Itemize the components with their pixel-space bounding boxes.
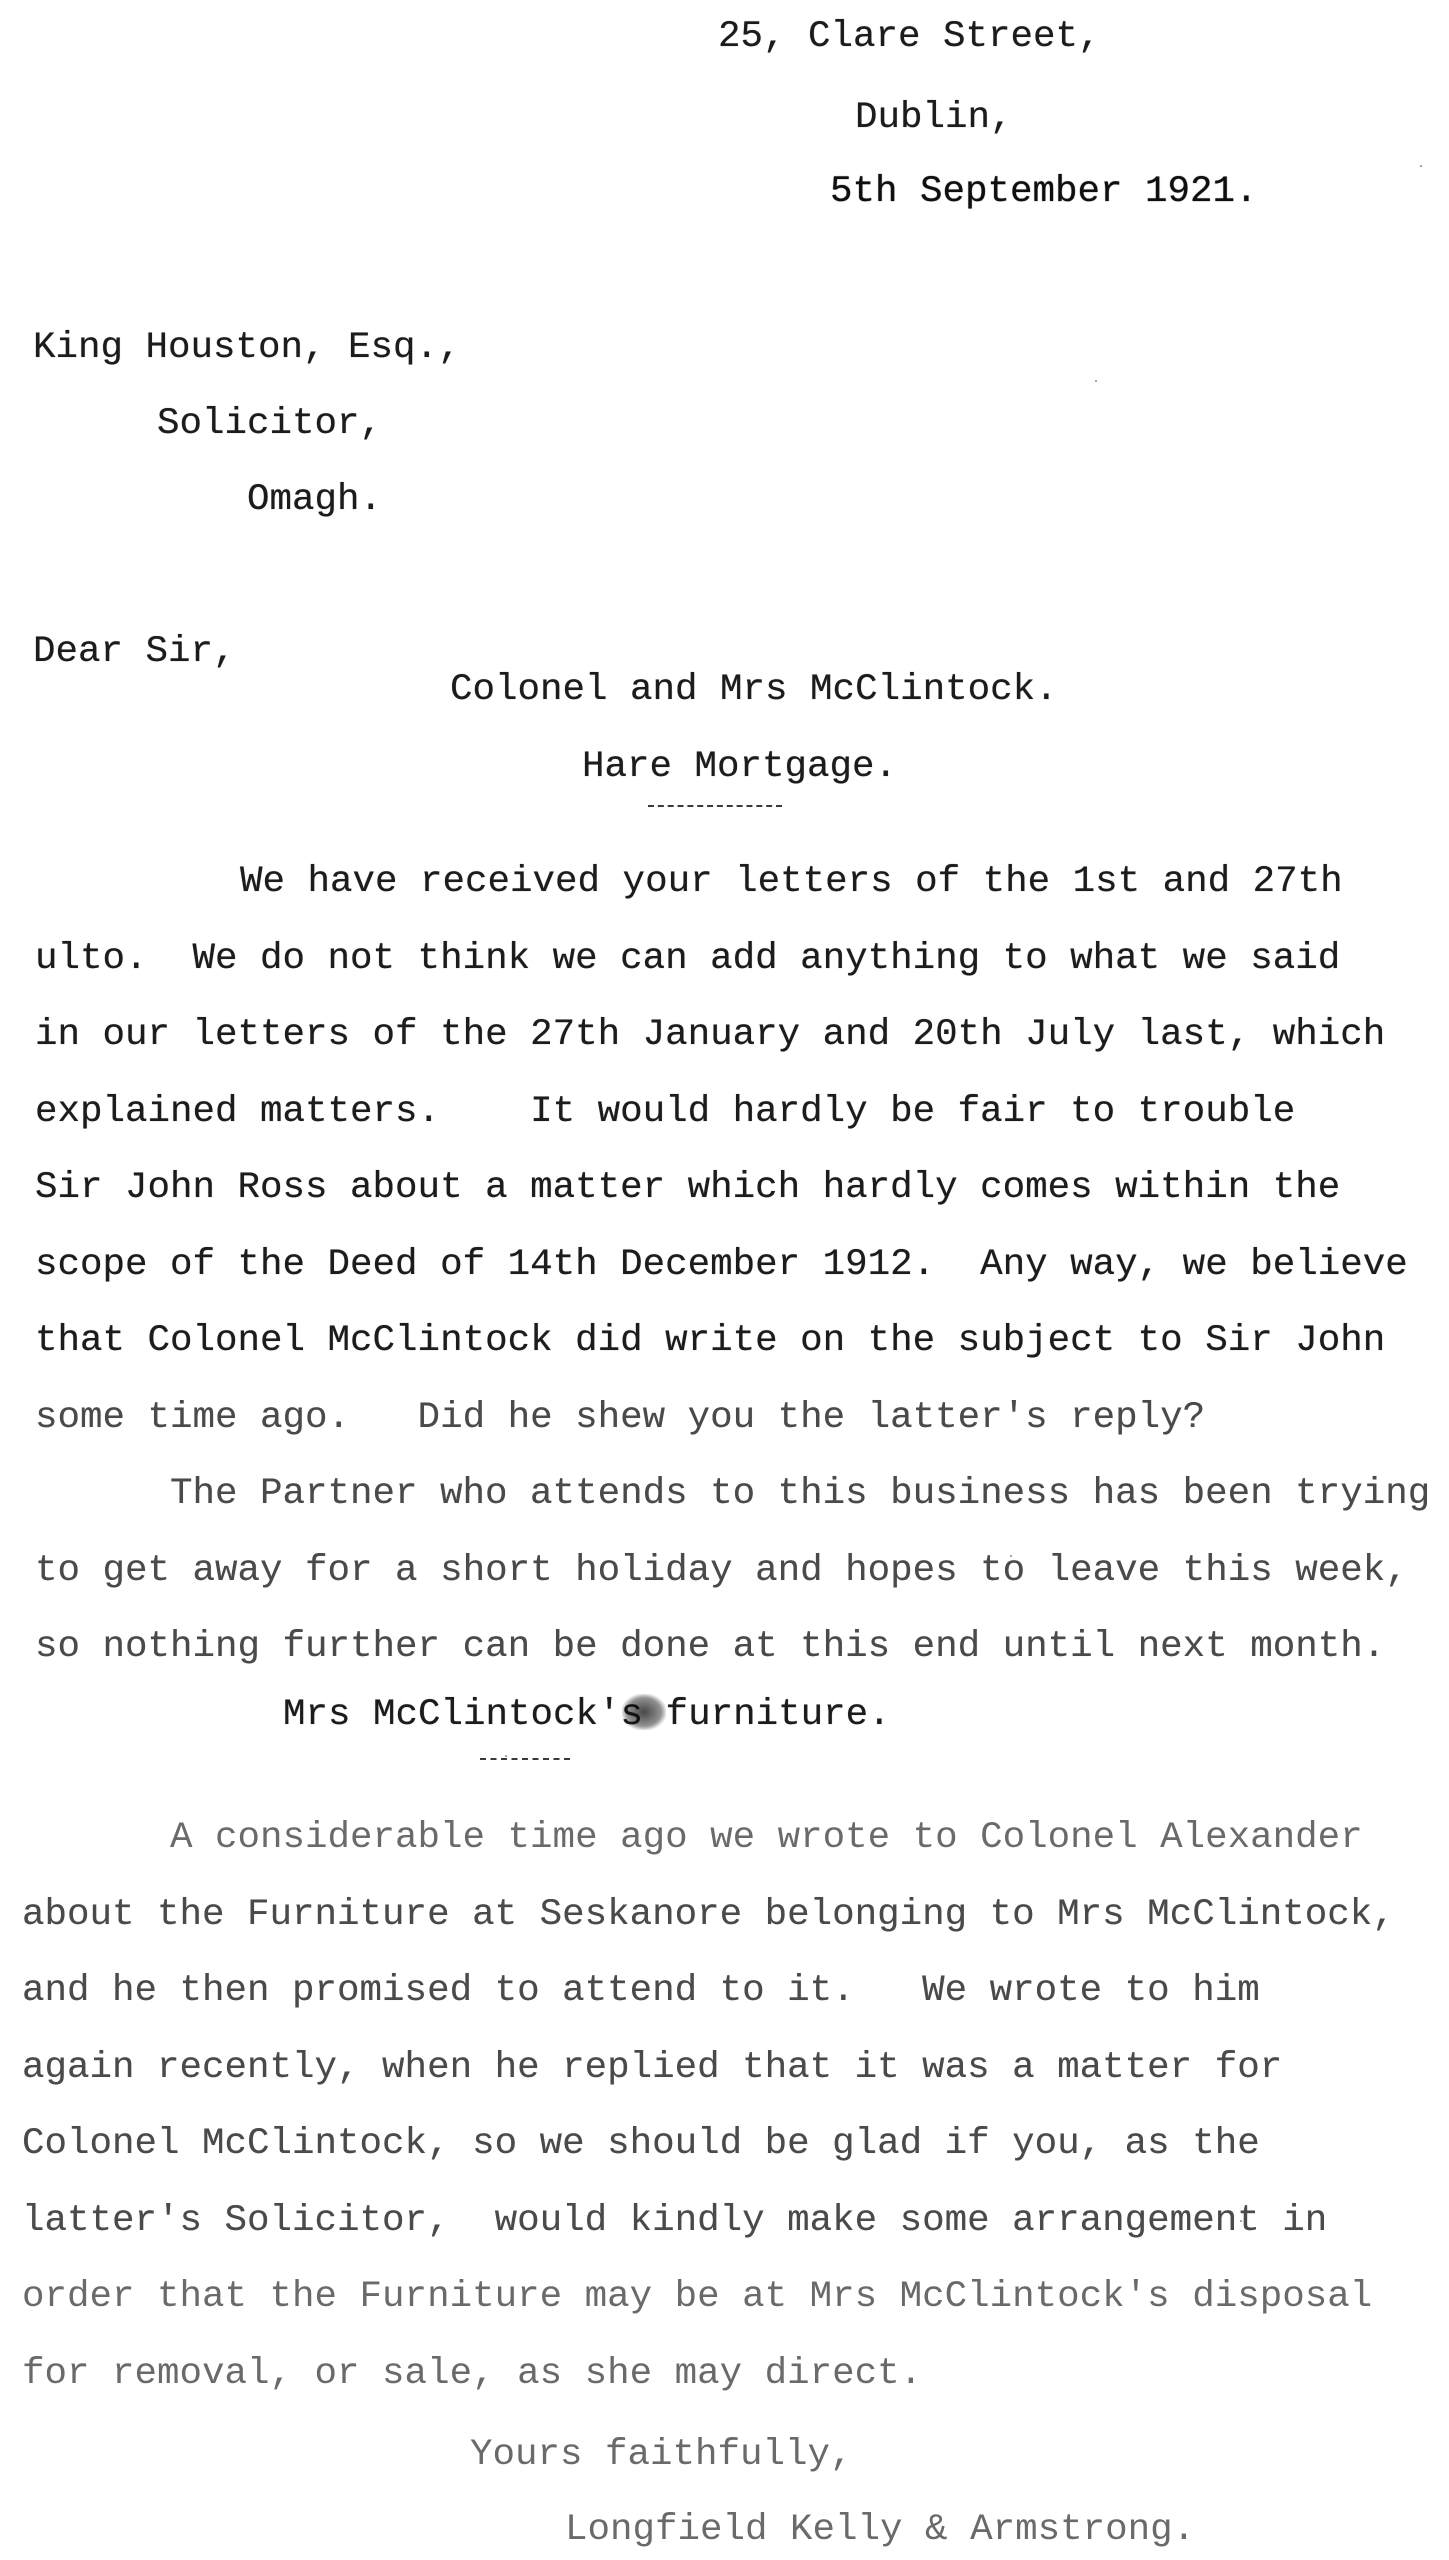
paragraph-3-line: latter's Solicitor, would kindly make so… <box>22 2203 1327 2241</box>
paragraph-3-line: again recently, when he replied that it … <box>22 2050 1282 2088</box>
paragraph-1-line: in our letters of the 27th January and 2… <box>35 1017 1385 1055</box>
scan-speck <box>1095 380 1097 382</box>
salutation: Dear Sir, <box>33 634 236 672</box>
sender-address-city: Dublin, <box>855 100 1013 138</box>
recipient-name: King Houston, Esq., <box>33 330 461 368</box>
paragraph-1-line: some time ago. Did he shew you the latte… <box>35 1400 1205 1438</box>
paragraph-1-line: Sir John Ross about a matter which hardl… <box>35 1170 1340 1208</box>
scan-speck <box>1240 2220 1242 2222</box>
recipient-town: Omagh. <box>247 482 382 520</box>
subject-underline <box>648 805 782 807</box>
paragraph-3-line: Colonel McClintock, so we should be glad… <box>22 2126 1260 2164</box>
letter-date: 5th September 1921. <box>830 174 1258 212</box>
paragraph-1-line: ulto. We do not think we can add anythin… <box>35 941 1340 979</box>
section-heading-furniture: Mrs McClintock's furniture. <box>283 1697 891 1735</box>
sender-address-street: 25, Clare Street, <box>718 19 1101 57</box>
paragraph-1-line: that Colonel McClintock did write on the… <box>35 1323 1385 1361</box>
scan-speck <box>1010 1555 1012 1557</box>
signature: Longfield Kelly & Armstrong. <box>565 2512 1195 2550</box>
paragraph-2-line: so nothing further can be done at this e… <box>35 1629 1385 1667</box>
scan-speck <box>1420 165 1422 167</box>
paragraph-2-line: The Partner who attends to this business… <box>170 1476 1430 1514</box>
paragraph-3-line: order that the Furniture may be at Mrs M… <box>22 2279 1372 2317</box>
paragraph-3-line: for removal, or sale, as she may direct. <box>22 2356 922 2394</box>
paragraph-1-line: scope of the Deed of 14th December 1912.… <box>35 1247 1408 1285</box>
paragraph-3-line: about the Furniture at Seskanore belongi… <box>22 1897 1395 1935</box>
subject-line-matter: Hare Mortgage. <box>582 749 897 787</box>
letter-page: 25, Clare Street, Dublin, 5th September … <box>0 0 1449 2560</box>
section-heading-underline <box>480 1758 570 1760</box>
subject-line-parties: Colonel and Mrs McClintock. <box>450 672 1058 710</box>
valediction: Yours faithfully, <box>470 2437 853 2475</box>
paragraph-3-line: and he then promised to attend to it. We… <box>22 1973 1260 2011</box>
recipient-title: Solicitor, <box>157 406 382 444</box>
paragraph-1-line: We have received your letters of the 1st… <box>240 864 1343 902</box>
paragraph-2-line: to get away for a short holiday and hope… <box>35 1553 1408 1591</box>
scan-speck <box>505 1755 507 1757</box>
paragraph-1-line: explained matters. It would hardly be fa… <box>35 1094 1295 1132</box>
paragraph-3-line: A considerable time ago we wrote to Colo… <box>170 1820 1363 1858</box>
